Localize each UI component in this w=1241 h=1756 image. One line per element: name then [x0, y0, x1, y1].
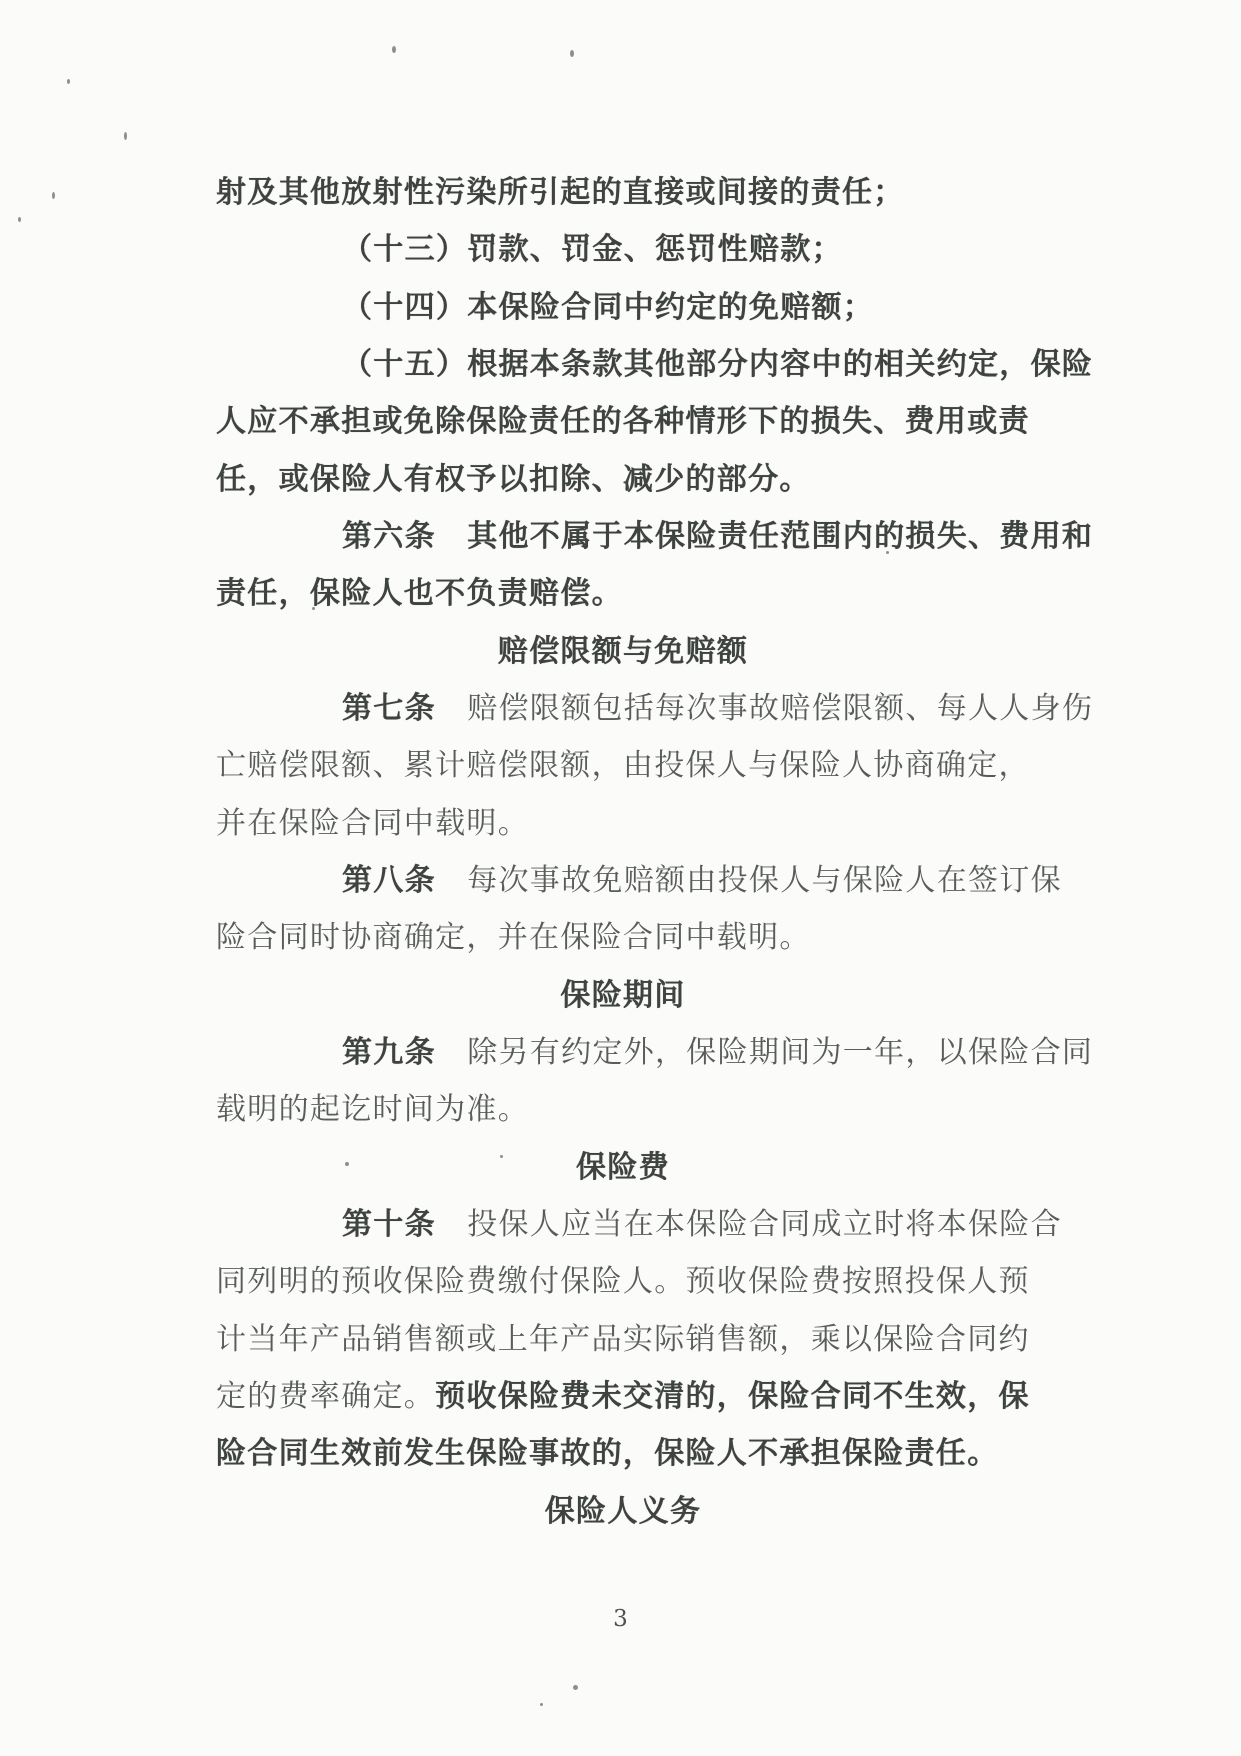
scan-speck [312, 607, 315, 610]
text-segment: 险合同时协商确定，并在保险合同中载明。 [216, 920, 811, 955]
text-line: 险合同时协商确定，并在保险合同中载明。 [216, 921, 811, 955]
text-segment: 第九条 [342, 1035, 436, 1070]
text-segment: 预收保险费未交清的，保险合同不生效，保 [435, 1379, 1030, 1414]
text-line: 第九条 除另有约定外，保险期间为一年，以保险合同 [342, 1036, 1093, 1070]
text-segment: 保险人义务 [545, 1494, 702, 1529]
text-segment: 亡赔偿限额、累计赔偿限额，由投保人与保险人协商确定， [216, 748, 1030, 783]
text-line: 第八条 每次事故免赔额由投保人与保险人在签订保 [342, 864, 1062, 898]
text-segment: 其他不属于本保险责任范围内的损失、费用和 [436, 519, 1093, 554]
text-segment: 射及其他放射性污染所引起的直接或间接的责任； [216, 175, 905, 210]
scan-speck [500, 1155, 503, 1158]
text-segment: 第七条 [342, 691, 436, 726]
text-segment: 保险期间 [560, 978, 685, 1013]
section-heading: 赔偿限额与免赔额 [216, 635, 1030, 669]
scan-speck [18, 217, 21, 222]
text-line: 亡赔偿限额、累计赔偿限额，由投保人与保险人协商确定， [216, 749, 1030, 783]
text-line: 载明的起讫时间为准。 [216, 1093, 529, 1127]
text-segment: 除另有约定外，保险期间为一年，以保险合同 [436, 1035, 1093, 1070]
scan-speck [886, 551, 889, 554]
text-line: 计当年产品销售额或上年产品实际销售额，乘以保险合同约 [216, 1323, 1030, 1357]
text-line: 第十条 投保人应当在本保险合同成立时将本保险合 [342, 1208, 1062, 1242]
text-line: （十三）罚款、罚金、惩罚性赔款； [342, 233, 843, 267]
scan-speck [124, 132, 127, 140]
scan-speck [67, 79, 70, 84]
text-segment: 同列明的预收保险费缴付保险人。预收保险费按照投保人预 [216, 1264, 1030, 1299]
document-page: 射及其他放射性污染所引起的直接或间接的责任；（十三）罚款、罚金、惩罚性赔款；（十… [0, 0, 1241, 1756]
section-heading: 保险期间 [216, 979, 1030, 1013]
text-line: 同列明的预收保险费缴付保险人。预收保险费按照投保人预 [216, 1265, 1030, 1299]
section-heading: 保险费 [216, 1151, 1030, 1185]
text-line: 责任，保险人也不负责赔偿。 [216, 577, 623, 611]
text-segment: 任，或保险人有权予以扣除、减少的部分。 [216, 462, 811, 497]
page-number: 3 [0, 1606, 1241, 1632]
text-segment: 并在保险合同中载明。 [216, 806, 529, 841]
text-segment: 计当年产品销售额或上年产品实际销售额，乘以保险合同约 [216, 1322, 1030, 1357]
text-segment: 赔偿限额与免赔额 [498, 634, 748, 669]
text-line: 并在保险合同中载明。 [216, 807, 529, 841]
text-segment: （十三）罚款、罚金、惩罚性赔款； [342, 232, 843, 267]
text-segment: 保险费 [576, 1150, 670, 1185]
text-segment: 赔偿限额包括每次事故赔偿限额、每人人身伤 [436, 691, 1093, 726]
text-line: （十四）本保险合同中约定的免赔额； [342, 291, 874, 325]
text-segment: 责任，保险人也不负责赔偿。 [216, 576, 623, 611]
text-line: 任，或保险人有权予以扣除、减少的部分。 [216, 463, 811, 497]
scan-speck [570, 50, 574, 57]
section-heading: 保险人义务 [216, 1495, 1030, 1529]
text-line: 第七条 赔偿限额包括每次事故赔偿限额、每人人身伤 [342, 692, 1093, 726]
text-segment: （十五）根据本条款其他部分内容中的相关约定，保险 [342, 347, 1093, 382]
text-segment: 投保人应当在本保险合同成立时将本保险合 [436, 1207, 1062, 1242]
text-line: 定的费率确定。预收保险费未交清的，保险合同不生效，保 [216, 1380, 1030, 1414]
scan-speck [573, 1685, 578, 1690]
text-segment: 每次事故免赔额由投保人与保险人在签订保 [436, 863, 1062, 898]
text-line: 第六条 其他不属于本保险责任范围内的损失、费用和 [342, 520, 1093, 554]
text-line: 射及其他放射性污染所引起的直接或间接的责任； [216, 176, 905, 210]
text-segment: 定的费率确定。 [216, 1379, 435, 1414]
text-segment: 载明的起讫时间为准。 [216, 1092, 529, 1127]
text-segment: 第十条 [342, 1207, 436, 1242]
scan-speck [52, 192, 55, 199]
text-segment: （十四）本保险合同中约定的免赔额； [342, 290, 874, 325]
scan-speck [345, 1162, 349, 1166]
scan-speck [392, 46, 396, 53]
text-segment: 第六条 [342, 519, 436, 554]
text-line: 险合同生效前发生保险事故的，保险人不承担保险责任。 [216, 1437, 999, 1471]
text-segment: 第八条 [342, 863, 436, 898]
text-line: （十五）根据本条款其他部分内容中的相关约定，保险 [342, 348, 1093, 382]
scan-speck [540, 1703, 543, 1706]
text-segment: 人应不承担或免除保险责任的各种情形下的损失、费用或责 [216, 404, 1030, 439]
text-segment: 险合同生效前发生保险事故的，保险人不承担保险责任。 [216, 1436, 999, 1471]
text-line: 人应不承担或免除保险责任的各种情形下的损失、费用或责 [216, 405, 1030, 439]
